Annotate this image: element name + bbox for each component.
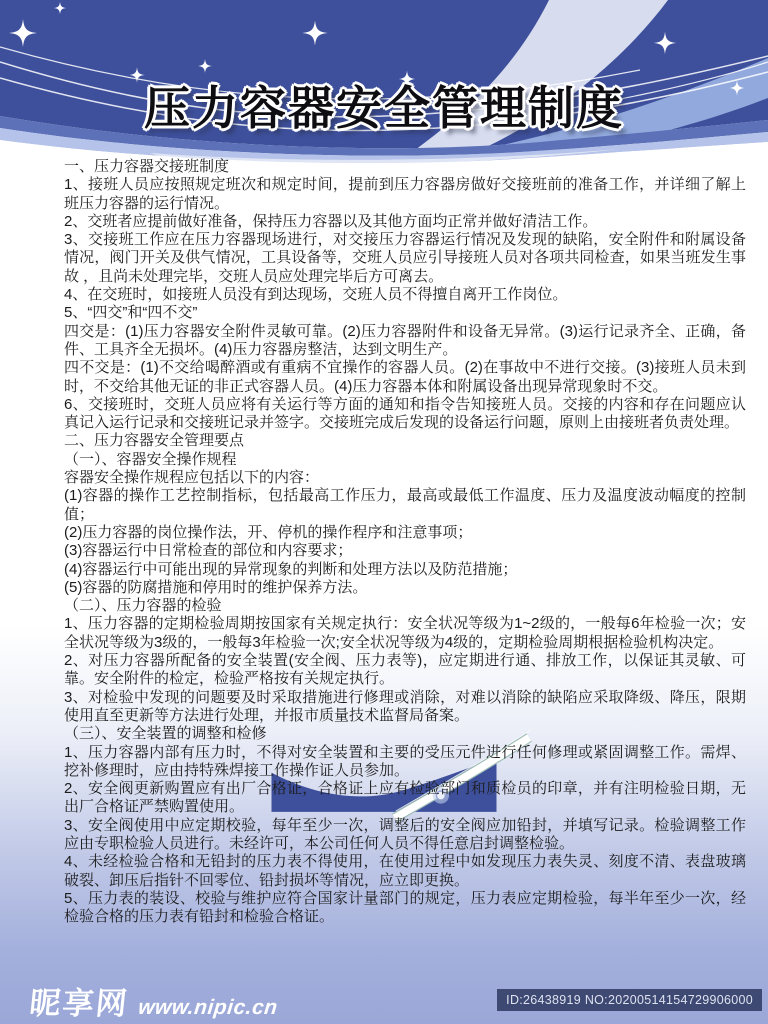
- paragraph: 容器安全操作规程应包括以下的内容：: [64, 469, 746, 487]
- site-logo-name: 昵享网: [28, 978, 132, 1023]
- paragraph: （二）、压力容器的检验: [64, 597, 746, 615]
- paragraph: (5)容器的防腐措施和停用时的维护保养方法。: [64, 579, 746, 597]
- paragraph: 3、对检验中发现的问题要及时采取措施进行修理或消除，对难以消除的缺陷应采取降级、…: [64, 689, 746, 726]
- document-body: 一、压力容器交接班制度1、接班人员应按照规定班次和规定时间，提前到压力容器房做好…: [64, 158, 746, 926]
- paragraph: 一、压力容器交接班制度: [64, 158, 746, 176]
- paragraph: 2、交班者应提前做好准备，保持压力容器以及其他方面均正常并做好清洁工作。: [64, 213, 746, 231]
- page-title: 压力容器安全管理制度: [0, 72, 768, 138]
- paragraph: （三）、安全装置的调整和检修: [64, 725, 746, 743]
- paragraph: 2、安全阀更新购置应有出厂合格证，合格证上应有检验部门和质检员的印章，并有注明检…: [64, 780, 746, 817]
- paragraph: 5、压力表的装设、校验与维护应符合国家计量部门的规定，压力表应定期检验，每半年至…: [64, 890, 746, 927]
- paragraph: 3、安全阀使用中应定期校验，每年至少一次，调整后的安全阀应加铅封，并填写记录。检…: [64, 817, 746, 854]
- paragraph: （一）、容器安全操作规程: [64, 451, 746, 469]
- paragraph: (4)容器运行中可能出现的异常现象的判断和处理方法以及防范措施；: [64, 561, 746, 579]
- site-logo-url: www.nipic.cn: [137, 996, 279, 1020]
- site-logo: 昵享网 www.nipic.cn: [28, 978, 281, 1023]
- watermark-id-badge: ID:26438919 NO:20200514154729906000: [497, 989, 762, 1011]
- paragraph: 四交是：(1)压力容器安全附件灵敏可靠。(2)压力容器附件和设备无异常。(3)运…: [64, 323, 746, 360]
- paragraph: (2)压力容器的岗位操作法，开、停机的操作程序和注意事项；: [64, 524, 746, 542]
- paragraph: 二、压力容器安全管理要点: [64, 432, 746, 450]
- paragraph: 1、压力容器的定期检验周期按国家有关规定执行：安全状况等级为1~2级的，一般每6…: [64, 615, 746, 652]
- paragraph: (3)容器运行中日常检查的部位和内容要求；: [64, 542, 746, 560]
- paragraph: 4、在交班时，如接班人员没有到达现场，交班人员不得擅自离开工作岗位。: [64, 286, 746, 304]
- paragraph: 四不交是：(1)不交给喝醉酒或有重病不宜操作的容器人员。(2)在事故中不进行交接…: [64, 359, 746, 396]
- paragraph: 3、交接班工作应在压力容器现场进行，对交接压力容器运行情况及发现的缺陷，安全附件…: [64, 231, 746, 286]
- paragraph: 4、未经检验合格和无铅封的压力表不得使用，在使用过程中如发现压力表失灵、刻度不清…: [64, 853, 746, 890]
- paragraph: (1)容器的操作工艺控制指标，包括最高工作压力，最高或最低工作温度、压力及温度波…: [64, 487, 746, 524]
- paragraph: 1、接班人员应按照规定班次和规定时间，提前到压力容器房做好交接班前的准备工作，并…: [64, 176, 746, 213]
- paragraph: 2、对压力容器所配备的安全装置(安全阀、压力表等)，应定期进行通、排放工作，以保…: [64, 652, 746, 689]
- paragraph: 5、“四交”和“四不交”: [64, 304, 746, 322]
- paragraph: 1、压力容器内部有压力时，不得对安全装置和主要的受压元件进行任何修理或紧固调整工…: [64, 744, 746, 781]
- poster-page: 压力容器安全管理制度 一、压力容器交接班制度1、接班人员应按照规定班次和规定时间…: [0, 0, 768, 1024]
- paragraph: 6、交接班时，交班人员应将有关运行等方面的通知和指令告知接班人员。交接的内容和存…: [64, 396, 746, 433]
